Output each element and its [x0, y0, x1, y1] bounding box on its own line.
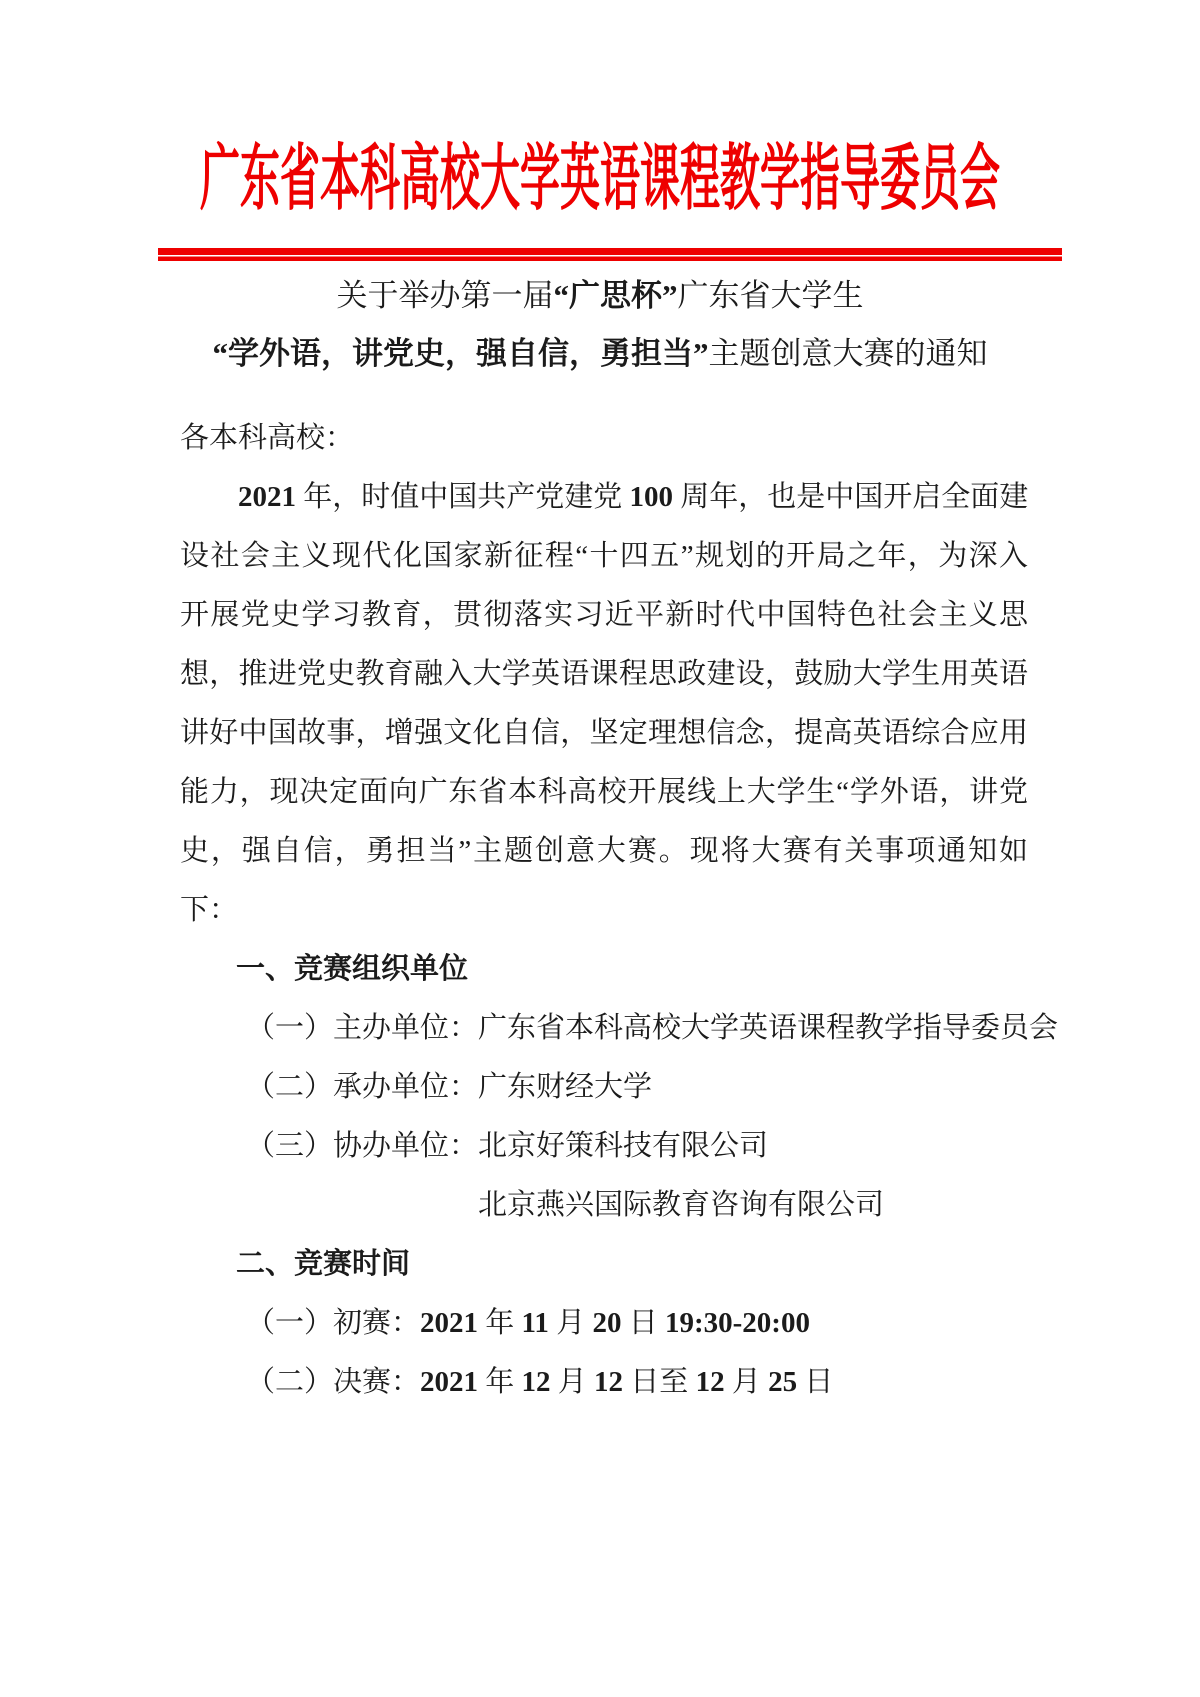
bold-text-segment: 12 [594, 1366, 623, 1398]
paragraph-line: 讲好中国故事，增强文化自信，坚定理想信念，提高英语综合应用 [180, 704, 1028, 763]
org-header-banner: 广东省本科高校大学英语课程教学指导委员会 [0, 142, 1200, 220]
section-heading: 一、竞赛组织单位 [180, 940, 1028, 999]
text-segment: 年，时值中国共产党建党 [296, 481, 630, 513]
bold-text-segment: 19:30-20:00 [665, 1307, 810, 1339]
bold-text-segment: 2021 [420, 1307, 478, 1339]
notice-title-line-1: 关于举办第一届“广思杯”广东省大学生 [0, 267, 1200, 325]
text-segment: 日至 [623, 1366, 696, 1398]
notice-paragraph: 2021 年，时值中国共产党建党 100 周年，也是中国开启全面建设社会主义现代… [180, 468, 1028, 940]
text-segment: 广东省大学生 [678, 278, 864, 313]
paragraph-line: 设社会主义现代化国家新征程“十四五”规划的开局之年，为深入 [180, 527, 1028, 586]
text-segment: 能力，现决定面向广东省本科高校开展线上大学生“学外语，讲党 [180, 776, 1028, 808]
notice-body: 各本科高校： 2021 年，时值中国共产党建党 100 周年，也是中国开启全面建… [180, 409, 1028, 1412]
paragraph-line: 能力，现决定面向广东省本科高校开展线上大学生“学外语，讲党 [180, 763, 1028, 822]
notice-sections: 一、竞赛组织单位（一）主办单位：广东省本科高校大学英语课程教学指导委员会（二）承… [180, 940, 1028, 1412]
text-segment: 想，推进党史教育融入大学英语课程思政建设，鼓励大学生用英语 [180, 658, 1028, 690]
text-segment: 年 [478, 1366, 522, 1398]
bold-text-segment: 100 [630, 481, 674, 513]
section-heading: 二、竞赛时间 [180, 1235, 1028, 1294]
header-divider-rule [158, 248, 1062, 261]
notice-document-page: { "theme": { "accent_red": "#ee0000" }, … [0, 0, 1200, 1697]
bold-text-segment: “学外语，讲党史，强自信，勇担当” [213, 336, 709, 371]
text-segment: 月 [551, 1366, 595, 1398]
text-segment: 下： [180, 894, 238, 926]
bold-text-segment: 2021 [238, 481, 296, 513]
bold-text-segment: “广思杯” [554, 278, 678, 313]
text-segment: （二）决赛： [246, 1366, 420, 1398]
text-segment: 设社会主义现代化国家新征程“十四五”规划的开局之年，为深入 [180, 540, 1028, 572]
text-segment: （一）初赛： [246, 1307, 420, 1339]
text-segment: 日 [797, 1366, 833, 1398]
section-item-line: （一）主办单位：广东省本科高校大学英语课程教学指导委员会 [180, 999, 1028, 1058]
text-segment: （一）主办单位：广东省本科高校大学英语课程教学指导委员会 [246, 1012, 1058, 1044]
bold-text-segment: 2021 [420, 1366, 478, 1398]
section-item-line: （二）决赛：2021 年 12 月 12 日至 12 月 25 日 [180, 1353, 1028, 1412]
paragraph-line: 史，强自信，勇担当”主题创意大赛。现将大赛有关事项通知如 [180, 822, 1028, 881]
text-segment: 月 [549, 1307, 593, 1339]
text-segment: 月 [725, 1366, 769, 1398]
paragraph-line: 想，推进党史教育融入大学英语课程思政建设，鼓励大学生用英语 [180, 645, 1028, 704]
paragraph-line: 开展党史学习教育，贯彻落实习近平新时代中国特色社会主义思 [180, 586, 1028, 645]
text-segment: 主题创意大赛的通知 [709, 336, 988, 371]
text-segment: 日 [621, 1307, 665, 1339]
bold-text-segment: 11 [522, 1307, 549, 1339]
notice-title-line-2: “学外语，讲党史，强自信，勇担当”主题创意大赛的通知 [0, 325, 1200, 383]
text-segment: （三）协办单位：北京好策科技有限公司 [246, 1130, 768, 1162]
text-segment: 周年，也是中国开启全面建 [673, 481, 1028, 513]
text-segment: （二）承办单位：广东财经大学 [246, 1071, 652, 1103]
section-item-line: （三）协办单位：北京好策科技有限公司 [180, 1117, 1028, 1176]
text-segment: 年 [478, 1307, 522, 1339]
bold-text-segment: 20 [592, 1307, 621, 1339]
section-item-line: （二）承办单位：广东财经大学 [180, 1058, 1028, 1117]
text-segment: 开展党史学习教育，贯彻落实习近平新时代中国特色社会主义思 [180, 599, 1028, 631]
paragraph-line: 下： [180, 881, 1028, 940]
text-segment: 史，强自信，勇担当”主题创意大赛。现将大赛有关事项通知如 [180, 835, 1028, 867]
bold-text-segment: 25 [768, 1366, 797, 1398]
section-item-line: （三）协办单位：北京燕兴国际教育咨询有限公司 [180, 1176, 1028, 1235]
paragraph-line: 2021 年，时值中国共产党建党 100 周年，也是中国开启全面建 [180, 468, 1028, 527]
text-segment: 北京燕兴国际教育咨询有限公司 [478, 1189, 884, 1221]
bold-text-segment: 12 [522, 1366, 551, 1398]
salutation: 各本科高校： [180, 409, 1028, 468]
section-item-line: （一）初赛：2021 年 11 月 20 日 19:30-20:00 [180, 1294, 1028, 1353]
bold-text-segment: 12 [696, 1366, 725, 1398]
notice-title: 关于举办第一届“广思杯”广东省大学生 “学外语，讲党史，强自信，勇担当”主题创意… [0, 267, 1200, 383]
text-segment: 讲好中国故事，增强文化自信，坚定理想信念，提高英语综合应用 [180, 717, 1028, 749]
text-segment: 关于举办第一届 [337, 278, 554, 313]
org-header-banner-text: 广东省本科高校大学英语课程教学指导委员会 [200, 142, 1000, 218]
